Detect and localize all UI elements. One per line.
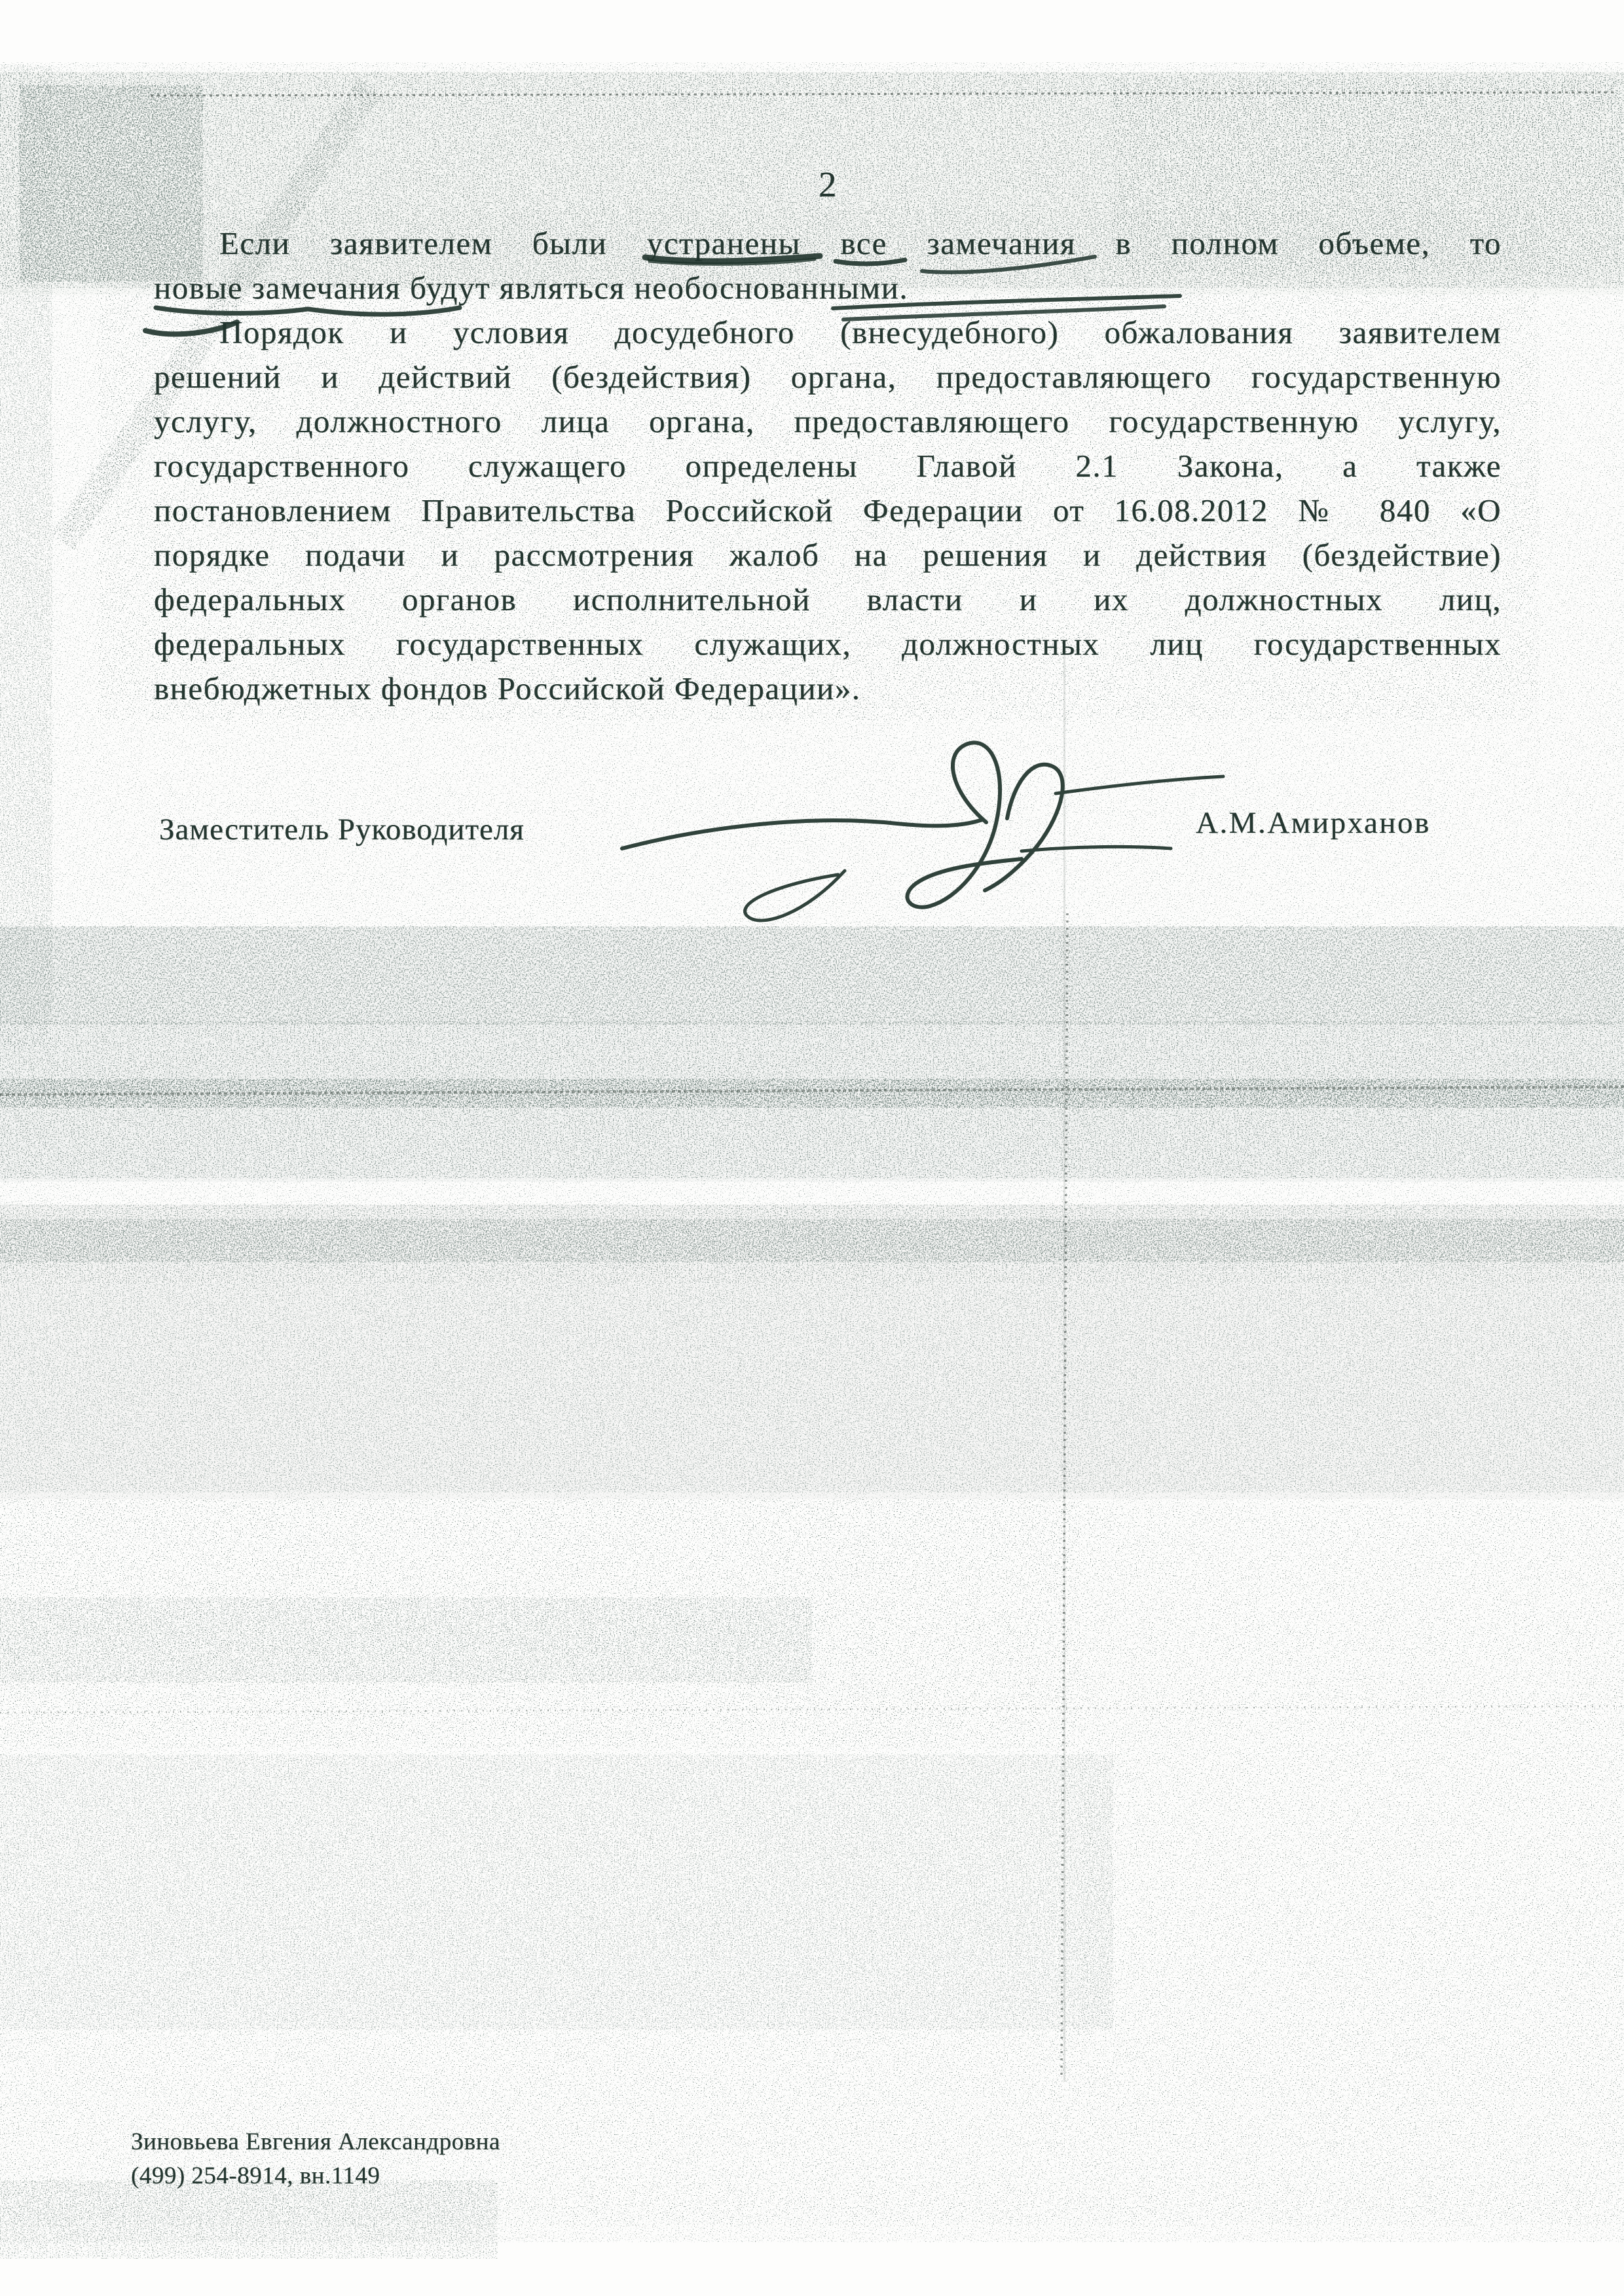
text-line: Порядок и условия досудебного (внесудебн…: [154, 310, 1502, 355]
text-line: новые замечания будут являться необоснов…: [154, 266, 1502, 310]
scanned-document-page: 2 Если заявителем были устранены все зам…: [0, 0, 1624, 2296]
scan-wash-band: [0, 1205, 1624, 1499]
signatory-title: Заместитель Руководителя: [159, 812, 525, 847]
text-line: постановлением Правительства Российской …: [154, 488, 1502, 533]
text-line: федеральных государственных служащих, до…: [154, 622, 1502, 666]
signature-scribble: [622, 742, 1223, 920]
text-line: государственного служащего определены Гл…: [154, 444, 1502, 488]
signatory-name: А.М.Амирханов: [1196, 805, 1431, 841]
page-number: 2: [819, 164, 837, 205]
fold-line-horizontal: [0, 1087, 1624, 1095]
executor-phone: (499) 254-8914, вн.1149: [131, 2159, 500, 2193]
fold-line-vertical-faint: [1063, 655, 1065, 2082]
executor-contact: Зиновьева Евгения Александровна (499) 25…: [131, 2125, 500, 2193]
text-line: порядке подачи и рассмотрения жалоб на р…: [154, 533, 1502, 577]
text-line: внебюджетных фондов Российской Федерации…: [154, 666, 1502, 711]
scan-edge-dotted-line: [151, 92, 1614, 96]
text-line: решений и действий (бездействия) органа,…: [154, 355, 1502, 399]
scan-wash-band: [0, 926, 1624, 1182]
text-line: услугу, должностного лица органа, предос…: [154, 399, 1502, 444]
fold-line-horizontal-faint: [0, 1706, 1624, 1713]
fold-line-vertical: [1061, 913, 1067, 2075]
text-line: Если заявителем были устранены все замеч…: [154, 221, 1502, 266]
paragraph-remarks: Если заявителем были устранены все замеч…: [154, 221, 1502, 310]
text-line: федеральных органов исполнительной власт…: [154, 577, 1502, 622]
executor-name: Зиновьева Евгения Александровна: [131, 2125, 500, 2159]
paragraph-appeal-procedure: Порядок и условия досудебного (внесудебн…: [154, 310, 1502, 711]
